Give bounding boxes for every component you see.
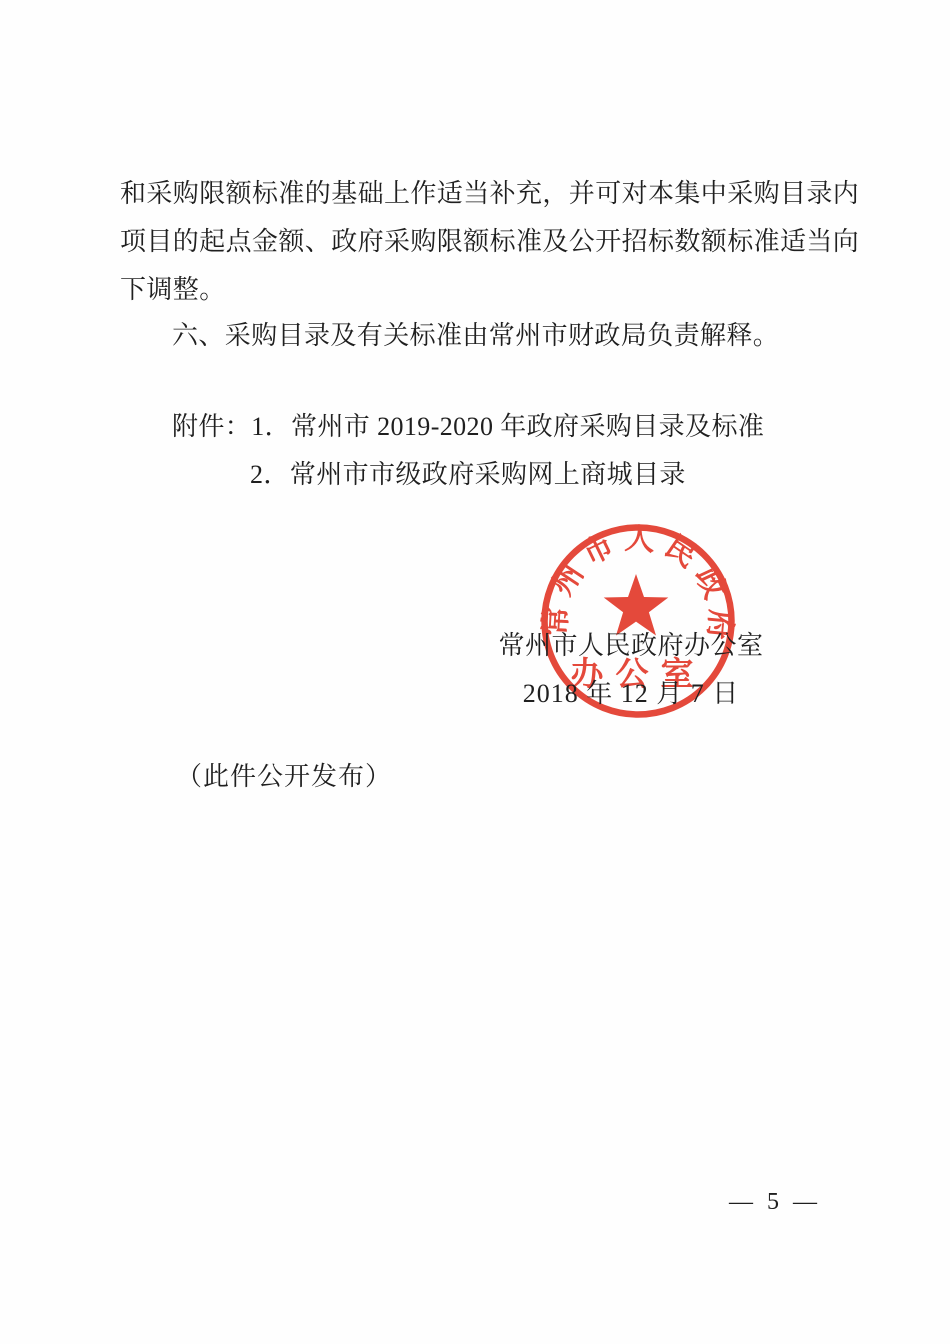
body-paragraph-line: 和采购限额标准的基础上作适当补充，并可对本集中采购目录内 <box>120 177 859 211</box>
body-paragraph-line: 项目的起点金额、政府采购限额标准及公开招标数额标准适当向 <box>120 225 859 259</box>
signature-date: 2018 年 12 月 7 日 <box>498 677 764 711</box>
body-clause-item-6: 六、采购目录及有关标准由常州市财政局负责解释。 <box>172 319 779 353</box>
attachment-item-1: 附件：1．常州市 2019-2020 年政府采购目录及标准 <box>172 410 764 444</box>
text-layer: 和采购限额标准的基础上作适当补充，并可对本集中采购目录内 项目的起点金额、政府采… <box>0 0 950 1344</box>
attachment-item-2: 2．常州市市级政府采购网上商城目录 <box>250 458 686 492</box>
publication-note: （此件公开发布） <box>176 760 392 794</box>
page-number: — 5 — <box>690 1189 860 1216</box>
body-paragraph-line: 下调整。 <box>120 273 226 307</box>
signature-organization: 常州市人民政府办公室 <box>498 629 764 663</box>
document-page: 常州市人民政府 办公室 和采购限额标准的基础上作适当补充，并可对本集中采购目录内… <box>0 0 950 1344</box>
